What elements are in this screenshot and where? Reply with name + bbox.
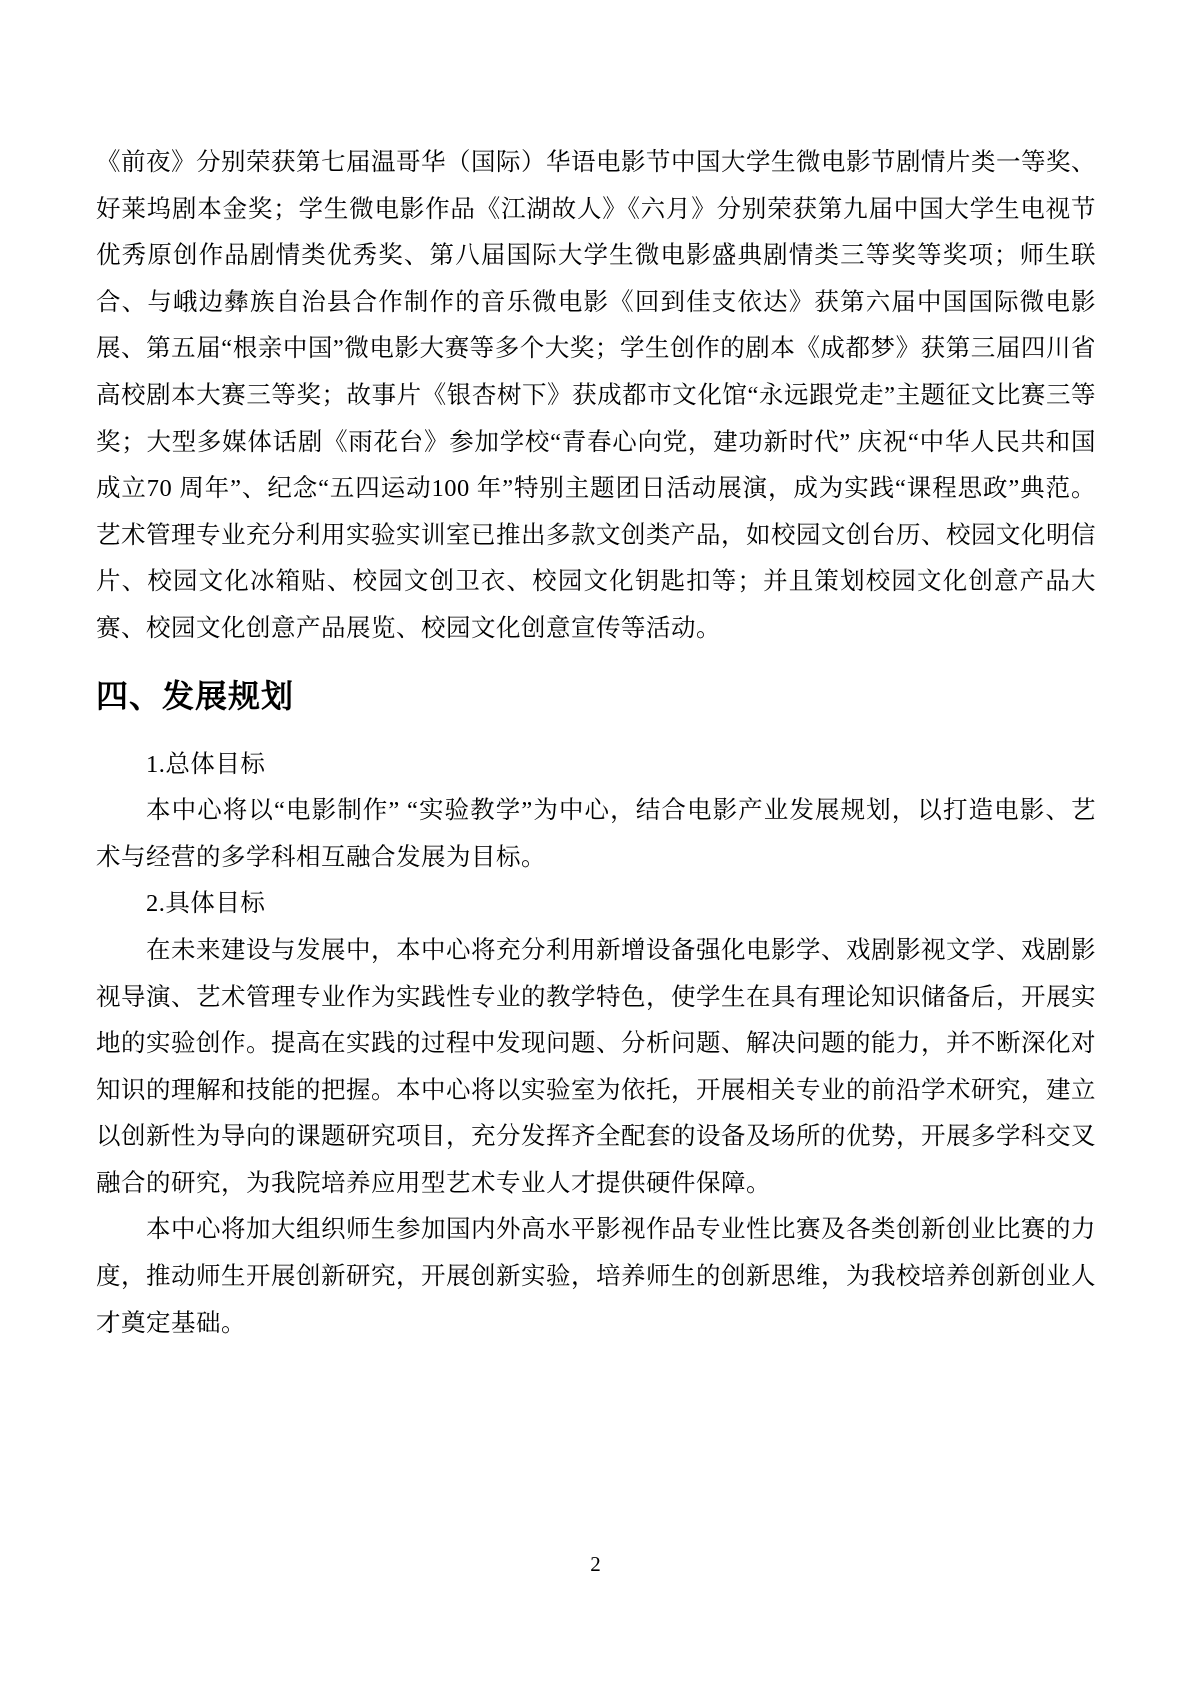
body-paragraph: 在未来建设与发展中，本中心将充分利用新增设备强化电影学、戏剧影视文学、戏剧影视导… bbox=[96, 928, 1096, 1208]
body-paragraph: 本中心将加大组织师生参加国内外高水平影视作品专业性比赛及各类创新创业比赛的力度，… bbox=[96, 1207, 1096, 1347]
page-number: 2 bbox=[0, 1550, 1191, 1578]
section-heading: 四、发展规划 bbox=[96, 674, 1096, 718]
body-paragraph: 本中心将以“电影制作” “实验教学”为中心，结合电影产业发展规划，以打造电影、艺… bbox=[96, 788, 1096, 881]
body-paragraph: 《前夜》分别荣获第七届温哥华（国际）华语电影节中国大学生微电影节剧情片类一等奖、… bbox=[96, 140, 1096, 653]
subsection-title: 2.具体目标 bbox=[96, 881, 1096, 928]
subsection-title: 1.总体目标 bbox=[96, 742, 1096, 789]
document-page: 《前夜》分别荣获第七届温哥华（国际）华语电影节中国大学生微电影节剧情片类一等奖、… bbox=[0, 0, 1191, 1684]
document-content: 《前夜》分别荣获第七届温哥华（国际）华语电影节中国大学生微电影节剧情片类一等奖、… bbox=[96, 140, 1096, 1347]
